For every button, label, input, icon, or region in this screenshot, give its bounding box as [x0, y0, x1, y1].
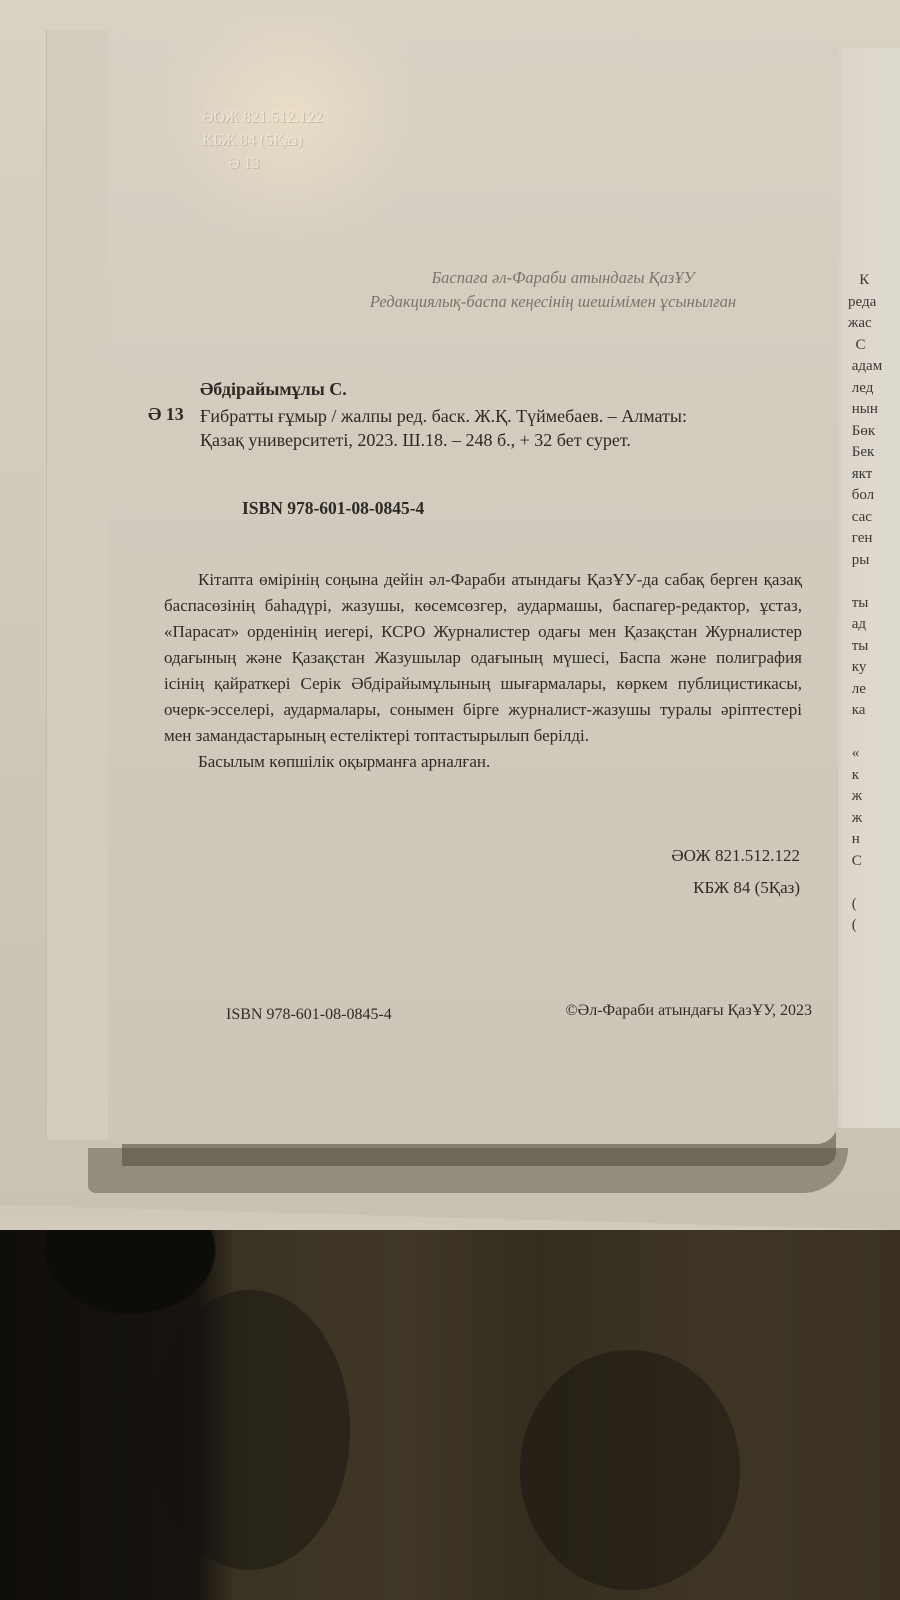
- adjacent-page-text: К реда жас С адам лед нын Бөк Бек якт бо…: [848, 270, 882, 937]
- author-mark: Ә 13: [148, 404, 184, 425]
- fabric-pattern: [150, 1290, 350, 1570]
- fabric-pattern: [520, 1350, 740, 1590]
- udc-code: ӘОЖ 821.512.122: [671, 840, 800, 872]
- imprint-publisher: Баспаға әл-Фараби атындағы ҚазҰУ: [198, 266, 900, 290]
- author-heading: Әбдірайымұлы С.: [200, 379, 347, 400]
- embossed-udc: ӘОЖ 821.512.122: [202, 106, 323, 129]
- embossed-lbc: КБЖ 84 (5Қаз): [202, 129, 323, 152]
- annotation-paragraph: Кітапта өмірінің соңына дейін әл-Фараби …: [164, 567, 802, 749]
- bibliographic-title-line: Ғибратты ғұмыр / жалпы ред. баск. Ж.Қ. Т…: [200, 404, 800, 428]
- classification-codes: ӘОЖ 821.512.122 КБЖ 84 (5Қаз): [671, 840, 800, 904]
- fabric-background: [0, 1230, 900, 1600]
- annotation: Кітапта өмірінің соңына дейін әл-Фараби …: [164, 567, 802, 775]
- page-shadow: [88, 1148, 848, 1193]
- embossed-author-mark: Ә 13: [202, 152, 323, 175]
- bibliographic-publisher-line: Қазақ университеті, 2023. Ш.18. – 248 б.…: [200, 428, 800, 452]
- lbc-code: КБЖ 84 (5Қаз): [671, 872, 800, 904]
- isbn-heading: ISBN 978-601-08-0845-4: [242, 498, 424, 519]
- footer-copyright: ©Әл-Фараби атындағы ҚазҰУ, 2023: [566, 1002, 812, 1020]
- annotation-audience: Басылым көпшілік оқырманға арналған.: [164, 749, 802, 775]
- footer-isbn: ISBN 978-601-08-0845-4: [226, 1006, 392, 1024]
- embossed-classification: ӘОЖ 821.512.122 КБЖ 84 (5Қаз) Ә 13: [202, 106, 323, 175]
- back-page-edge: [46, 30, 117, 1140]
- imprint-recommendation: Редакциялық-баспа кеңесінің шешімімен ұс…: [188, 290, 900, 314]
- bibliographic-description: Ғибратты ғұмыр / жалпы ред. баск. Ж.Қ. Т…: [200, 404, 800, 452]
- book-page: ӘОЖ 821.512.122 КБЖ 84 (5Қаз) Ә 13 Баспа…: [108, 14, 838, 1144]
